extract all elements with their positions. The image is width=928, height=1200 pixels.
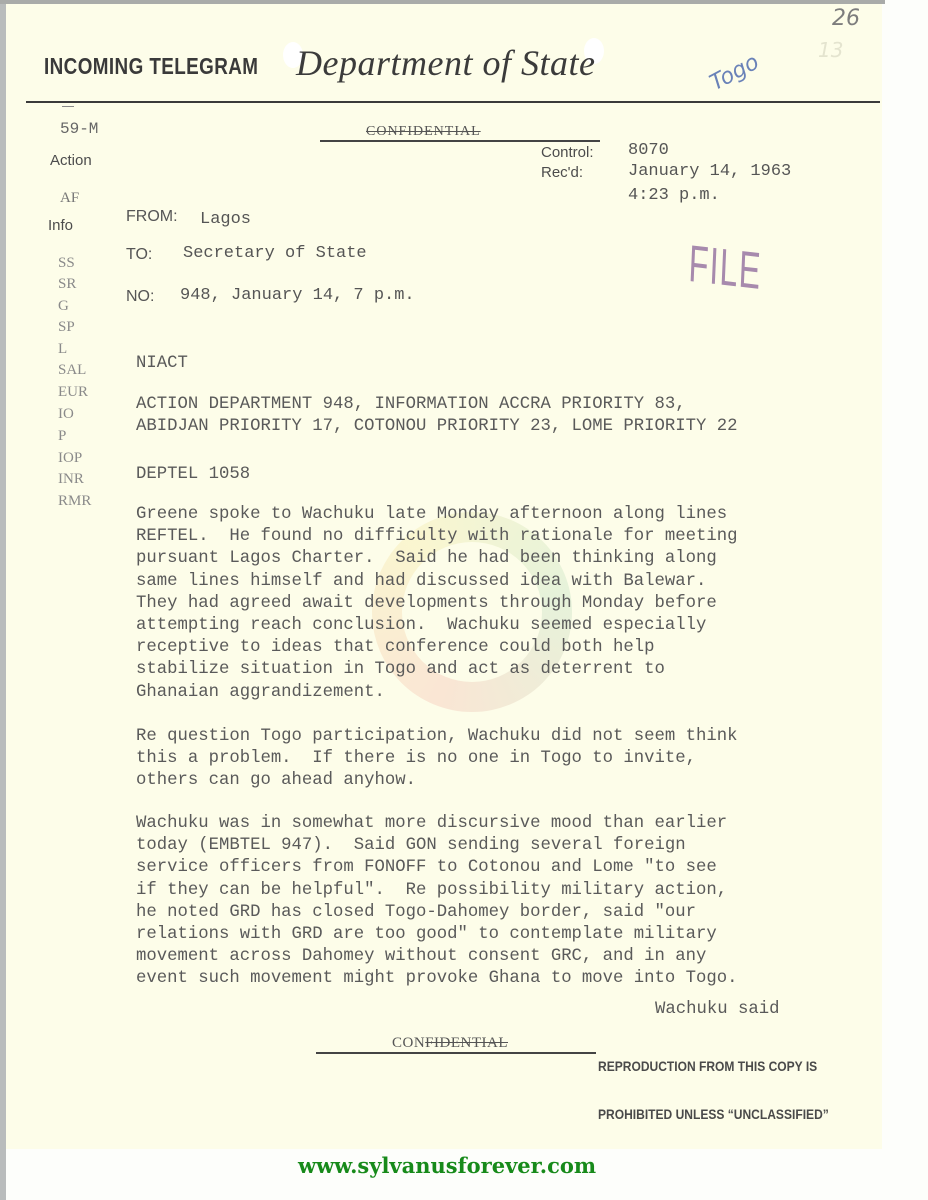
paragraph-line: this a problem. If there is no one in To… bbox=[136, 748, 738, 770]
paragraph-line: service officers from FONOFF to Cotonou … bbox=[136, 857, 738, 879]
reproduction-notice-line: REPRODUCTION FROM THIS COPY IS bbox=[598, 1058, 829, 1074]
paragraph-line: if they can be helpful". Re possibility … bbox=[136, 880, 738, 902]
paragraph-line: REFTEL. He found no difficulty with rati… bbox=[136, 526, 738, 548]
action-office: AF bbox=[60, 190, 79, 207]
department-title: Department of State bbox=[296, 42, 595, 84]
info-office-code: EUR bbox=[58, 384, 88, 401]
from-label: FROM: bbox=[126, 208, 178, 226]
reproduction-notice: REPRODUCTION FROM THIS COPY IS PROHIBITE… bbox=[598, 1026, 829, 1138]
info-office-code: SP bbox=[58, 319, 75, 336]
received-time: 4:23 p.m. bbox=[628, 186, 720, 205]
info-office-code: G bbox=[58, 298, 69, 315]
website-link[interactable]: www.sylvanusforever.com bbox=[298, 1153, 596, 1178]
classification-top-rule bbox=[320, 140, 600, 142]
info-office-code: INR bbox=[58, 471, 84, 488]
paragraph-line: pursuant Lagos Charter. Said he had been… bbox=[136, 548, 738, 570]
no-value: 948, January 14, 7 p.m. bbox=[180, 286, 415, 305]
paragraph-line: Greene spoke to Wachuku late Monday afte… bbox=[136, 504, 738, 526]
distribution-line: ABIDJAN PRIORITY 17, COTONOU PRIORITY 23… bbox=[136, 416, 738, 438]
reproduction-notice-line: PROHIBITED UNLESS “UNCLASSIFIED” bbox=[598, 1106, 829, 1122]
reference: DEPTEL 1058 bbox=[136, 464, 250, 486]
paragraph-line: relations with GRD are too good" to cont… bbox=[136, 924, 738, 946]
paragraph-3: Wachuku was in somewhat more discursive … bbox=[136, 813, 738, 991]
classification-bottom-rule bbox=[316, 1052, 596, 1054]
paragraph-line: Ghanaian aggrandizement. bbox=[136, 682, 738, 704]
info-office-code: IOP bbox=[58, 450, 82, 467]
paragraph-line: Re question Togo participation, Wachuku … bbox=[136, 726, 738, 748]
no-label: NO: bbox=[126, 288, 154, 306]
control-label: Control: bbox=[541, 144, 594, 161]
paragraph-line: same lines himself and had discussed ide… bbox=[136, 571, 738, 593]
reference-code: 59-M bbox=[60, 120, 98, 138]
routing-dash bbox=[62, 106, 74, 107]
classification-bottom: CONFIDENTIAL bbox=[392, 1035, 508, 1052]
info-office-code: SR bbox=[58, 276, 76, 293]
paragraph-line: today (EMBTEL 947). Said GON sending sev… bbox=[136, 835, 738, 857]
paragraph-line: They had agreed await developments throu… bbox=[136, 593, 738, 615]
handwritten-page-number: 26 bbox=[832, 6, 860, 31]
distribution-line: ACTION DEPARTMENT 948, INFORMATION ACCRA… bbox=[136, 394, 686, 416]
control-value: 8070 bbox=[628, 141, 669, 160]
file-stamp: FILE bbox=[687, 234, 762, 302]
info-office-code: RMR bbox=[58, 493, 91, 510]
paragraph-line: stabilize situation in Togo and act as d… bbox=[136, 659, 738, 681]
continuation-text: Wachuku said bbox=[655, 999, 779, 1021]
to-label: TO: bbox=[126, 246, 152, 264]
action-label: Action bbox=[50, 152, 92, 169]
paragraph-line: Wachuku was in somewhat more discursive … bbox=[136, 813, 738, 835]
header-divider bbox=[26, 101, 880, 103]
info-office-code: P bbox=[58, 428, 66, 445]
to-value: Secretary of State bbox=[183, 244, 367, 263]
form-label: INCOMING TELEGRAM bbox=[44, 53, 258, 80]
info-label: Info bbox=[48, 217, 73, 234]
paragraph-2: Re question Togo participation, Wachuku … bbox=[136, 726, 738, 793]
received-label: Rec'd: bbox=[541, 164, 583, 181]
paragraph-line: others can go ahead anyhow. bbox=[136, 770, 738, 792]
from-value: Lagos bbox=[200, 210, 251, 229]
precedence: NIACT bbox=[136, 353, 188, 375]
handwritten-faint-number: 13 bbox=[818, 38, 843, 62]
classification-top: CONFIDENTIAL bbox=[366, 124, 481, 140]
received-date: January 14, 1963 bbox=[628, 162, 791, 181]
paragraph-line: he noted GRD has closed Togo-Dahomey bor… bbox=[136, 902, 738, 924]
info-office-code: IO bbox=[58, 406, 74, 423]
paragraph-1: Greene spoke to Wachuku late Monday afte… bbox=[136, 504, 738, 704]
info-office-code: SS bbox=[58, 255, 75, 272]
info-office-code: L bbox=[58, 341, 67, 358]
paragraph-line: event such movement might provoke Ghana … bbox=[136, 968, 738, 990]
paragraph-line: attempting reach conclusion. Wachuku see… bbox=[136, 615, 738, 637]
paragraph-line: receptive to ideas that conference could… bbox=[136, 637, 738, 659]
paragraph-line: movement across Dahomey without consent … bbox=[136, 946, 738, 968]
info-office-code: SAL bbox=[58, 362, 86, 379]
